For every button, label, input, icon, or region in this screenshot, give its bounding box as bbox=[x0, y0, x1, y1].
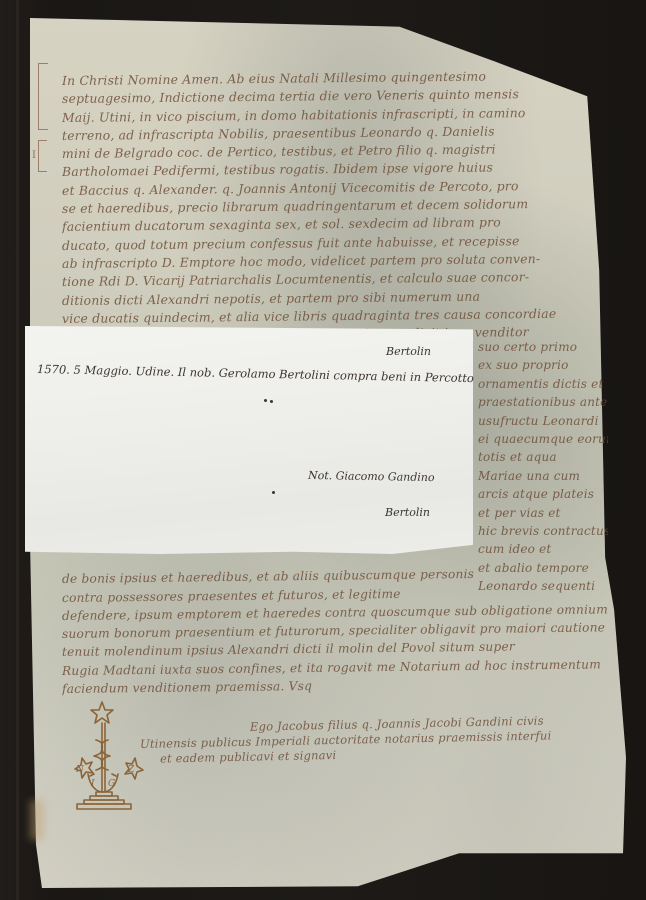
text-line: ex suo proprio bbox=[478, 356, 608, 374]
text-line: arcis atque plateis bbox=[478, 485, 608, 503]
text-line: ei quaecumque eorum bbox=[478, 430, 608, 448]
parchment-stain bbox=[30, 800, 44, 840]
notarial-subscription: Ego Jacobus filius q. Joannis Jacobi Gan… bbox=[140, 722, 600, 767]
text-line: et per vias et bbox=[478, 504, 608, 522]
label-name-top: Bertolin bbox=[386, 345, 431, 358]
archival-label-card bbox=[25, 326, 473, 554]
text-line: ornamentis dictis et bbox=[478, 375, 608, 393]
text-line: praestationibus ante bbox=[478, 393, 608, 411]
label-notary-signature: Not. Giacomo Gandino bbox=[308, 469, 435, 484]
text-line: totis et aqua bbox=[478, 448, 608, 466]
ink-dot bbox=[270, 400, 273, 403]
margin-bracket-lower bbox=[38, 140, 47, 172]
text-line: suo certo primo bbox=[478, 338, 608, 356]
text-line: usufructu Leonardi bbox=[478, 412, 608, 430]
text-line: hic brevis contractus bbox=[478, 522, 608, 540]
lower-text-body: dictam venditionem de bonis ipsius et ha… bbox=[62, 552, 612, 698]
label-signature-name: Bertolin bbox=[385, 506, 430, 519]
document-frame: I In Christi Nomine Amen. Ab eius Natali… bbox=[0, 0, 646, 900]
mark-letter: Z bbox=[127, 765, 135, 775]
margin-bracket-top bbox=[38, 63, 48, 130]
text-line: Mariae una cum bbox=[478, 467, 608, 485]
main-text-body: In Christi Nomine Amen. Ab eius Natali M… bbox=[62, 72, 607, 346]
mark-letter: G bbox=[108, 779, 115, 789]
margin-mark: I bbox=[32, 150, 36, 161]
mark-letter: N bbox=[75, 765, 85, 775]
mark-letter: I bbox=[90, 779, 95, 789]
binding-edge bbox=[16, 0, 19, 900]
ink-dot bbox=[272, 491, 275, 494]
ink-dot bbox=[264, 399, 267, 402]
